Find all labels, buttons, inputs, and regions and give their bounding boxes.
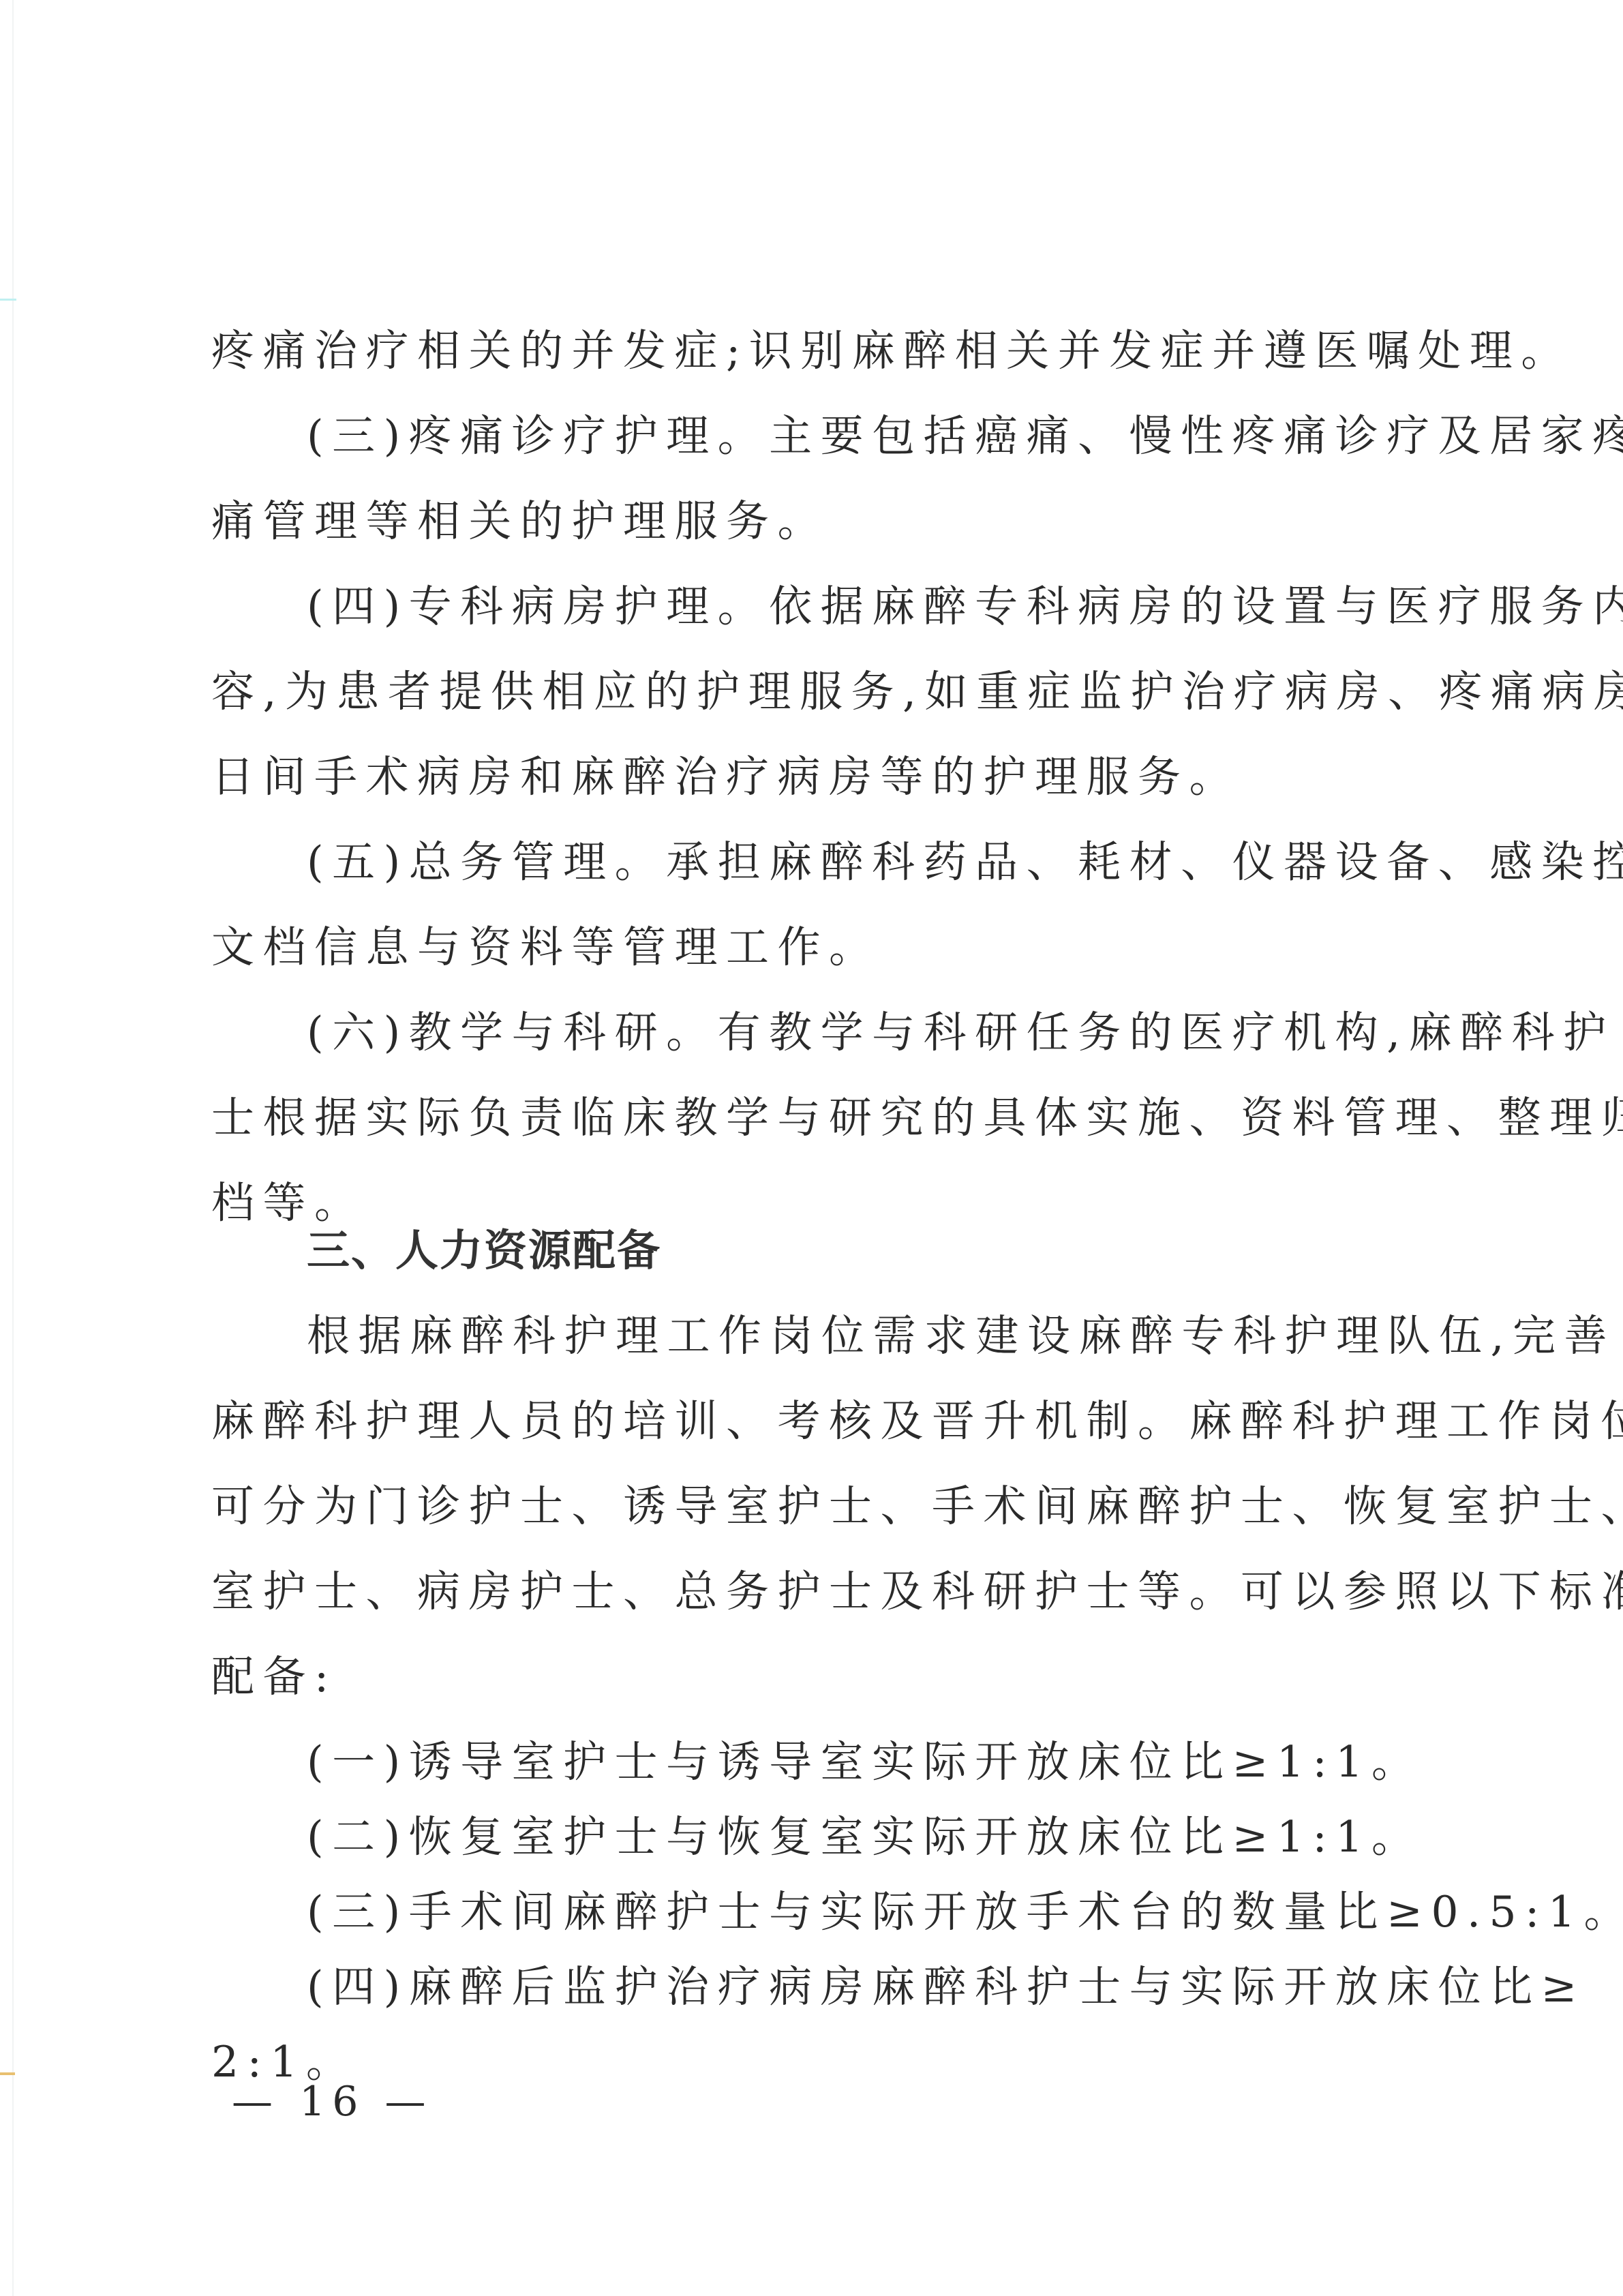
- paragraph-line: 容,为患者提供相应的护理服务,如重症监护治疗病房、疼痛病房、: [211, 661, 1623, 723]
- section-heading: 三、人力资源配备: [307, 1220, 661, 1282]
- scan-edge: [12, 0, 14, 2296]
- scan-mark: [0, 299, 16, 301]
- list-item: (一)诱导室护士与诱导室实际开放床位比≥1:1。: [307, 1732, 1423, 1793]
- paragraph-line: 疼痛治疗相关的并发症;识别麻醉相关并发症并遵医嘱处理。: [211, 320, 1573, 382]
- paragraph-line: 配备:: [211, 1646, 337, 1708]
- paragraph-line: 日间手术病房和麻醉治疗病房等的护理服务。: [211, 746, 1241, 808]
- page-number: — 16 —: [232, 2078, 433, 2126]
- paragraph-line: (三)疼痛诊疗护理。主要包括癌痛、慢性疼痛诊疗及居家疼: [307, 406, 1623, 467]
- list-item: (四)麻醉后监护治疗病房麻醉科护士与实际开放床位比≥: [307, 1957, 1586, 2018]
- paragraph-line: 可分为门诊护士、诱导室护士、手术间麻醉护士、恢复室护士、监护: [211, 1476, 1623, 1537]
- paragraph-line: (五)总务管理。承担麻醉科药品、耗材、仪器设备、感染控制、: [307, 832, 1623, 893]
- paragraph-line: (四)专科病房护理。依据麻醉专科病房的设置与医疗服务内: [307, 576, 1623, 637]
- paragraph-line: 士根据实际负责临床教学与研究的具体实施、资料管理、整理归: [211, 1087, 1623, 1149]
- paragraph-line: 根据麻醉科护理工作岗位需求建设麻醉专科护理队伍,完善: [307, 1305, 1616, 1367]
- scan-mark: [0, 2072, 15, 2075]
- paragraph-line: (六)教学与科研。有教学与科研任务的医疗机构,麻醉科护: [307, 1002, 1615, 1063]
- paragraph-line: 室护士、病房护士、总务护士及科研护士等。可以参照以下标准: [211, 1561, 1623, 1622]
- paragraph-line: 痛管理等相关的护理服务。: [211, 491, 829, 552]
- paragraph-line: 麻醉科护理人员的培训、考核及晋升机制。麻醉科护理工作岗位: [211, 1391, 1623, 1452]
- paragraph-line: 文档信息与资料等管理工作。: [211, 917, 881, 978]
- list-item: (二)恢复室护士与恢复室实际开放床位比≥1:1。: [307, 1807, 1423, 1868]
- list-item: (三)手术间麻醉护士与实际开放手术台的数量比≥0.5:1。: [307, 1882, 1623, 1943]
